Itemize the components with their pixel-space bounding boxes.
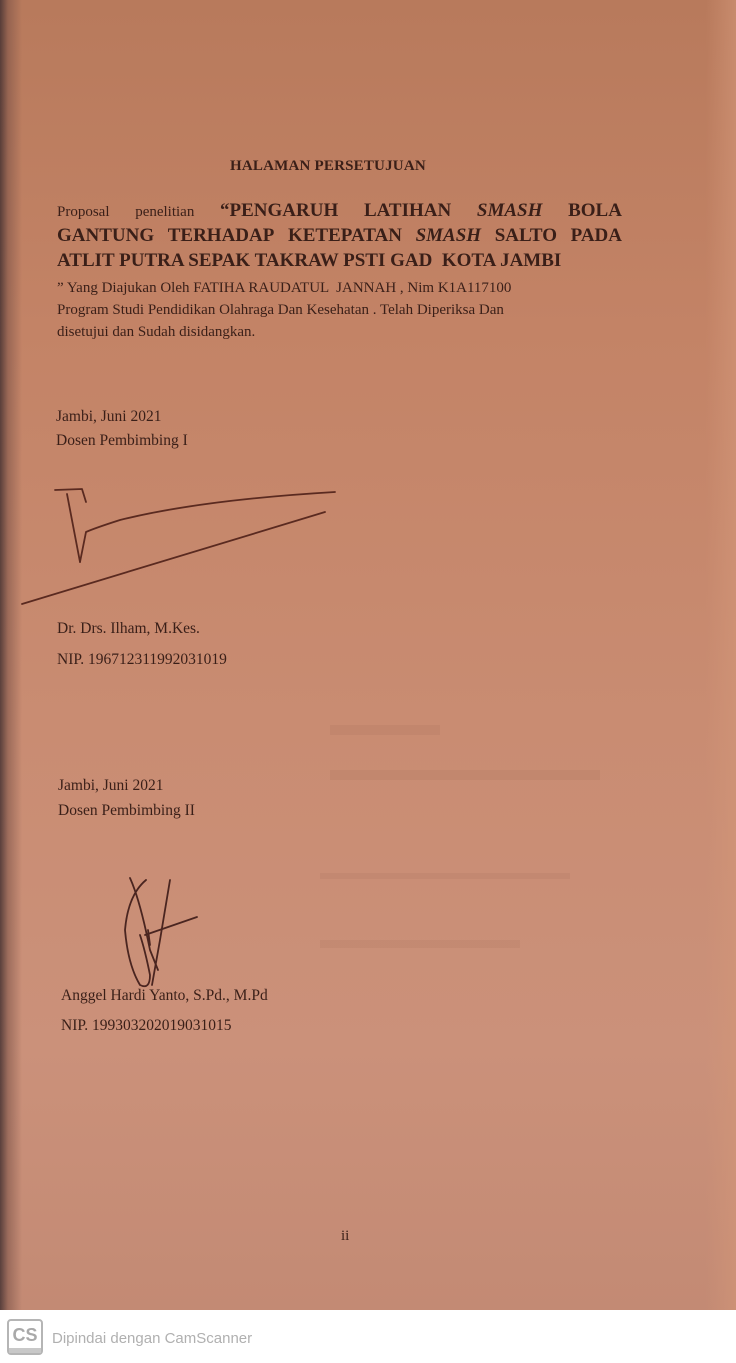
- bleed-through-mark: [330, 725, 440, 735]
- supervisor-2-name: Anggel Hardi Yanto, S.Pd., M.Pd: [61, 987, 268, 1005]
- page-number: ii: [341, 1228, 349, 1245]
- scanned-page: HALAMAN PERSETUJUAN Proposal penelitian …: [0, 0, 736, 1310]
- supervisor-2-nip: NIP. 199303202019031015: [61, 1017, 232, 1035]
- camscanner-logo-icon: CS: [7, 1319, 43, 1355]
- camscanner-watermark: Dipindai dengan CamScanner: [52, 1330, 252, 1347]
- signature-2-icon: [0, 0, 736, 1310]
- bleed-through-mark: [330, 770, 600, 780]
- bleed-through-mark: [320, 873, 570, 879]
- bleed-through-mark: [320, 940, 520, 948]
